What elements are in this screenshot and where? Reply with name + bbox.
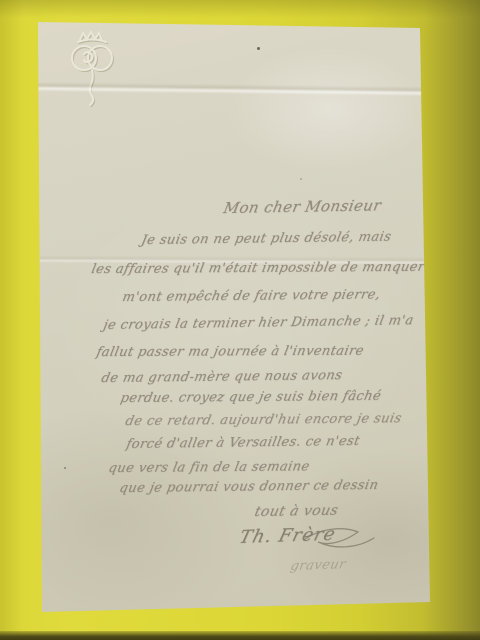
letter-line-7: perdue. croyez que je suis bien fâché <box>119 389 383 406</box>
letter-line-3: m'ont empêché de faire votre pierre, <box>121 287 382 305</box>
paper-speck <box>257 47 260 50</box>
letter-line-10: que vers la fin de la semaine <box>107 459 311 476</box>
photo-of-letter: Mon cher Monsieur Je suis on ne peut plu… <box>0 0 480 640</box>
letter-closing: tout à vous <box>253 503 340 520</box>
letter-line-6: de ma grand-mère que nous avons <box>100 368 344 386</box>
letter-line-9: forcé d'aller à Versailles. ce n'est <box>125 434 361 452</box>
letter-line-4: je croyais la terminer hier Dimanche ; i… <box>102 313 415 333</box>
letter-line-11: que je pourrai vous donner ce dessin <box>118 478 380 496</box>
letter-paper: Mon cher Monsieur Je suis on ne peut plu… <box>0 0 480 640</box>
letter-line-5: fallut passer ma journée à l'inventaire <box>95 344 365 360</box>
letter-line-8: de ce retard. aujourd'hui encore je suis <box>124 411 403 429</box>
letter-line-1: Je suis on ne peut plus désolé, mais <box>140 230 393 248</box>
letter-line-2: les affaires qu'il m'était impossible de… <box>90 260 426 277</box>
photo-bottom-edge <box>0 631 480 640</box>
paper-speck <box>300 178 302 180</box>
embossed-crest-icon <box>64 28 120 114</box>
letter-salutation: Mon cher Monsieur <box>222 196 383 217</box>
paper-speck <box>64 467 66 469</box>
pencil-annotation: graveur <box>289 557 347 574</box>
